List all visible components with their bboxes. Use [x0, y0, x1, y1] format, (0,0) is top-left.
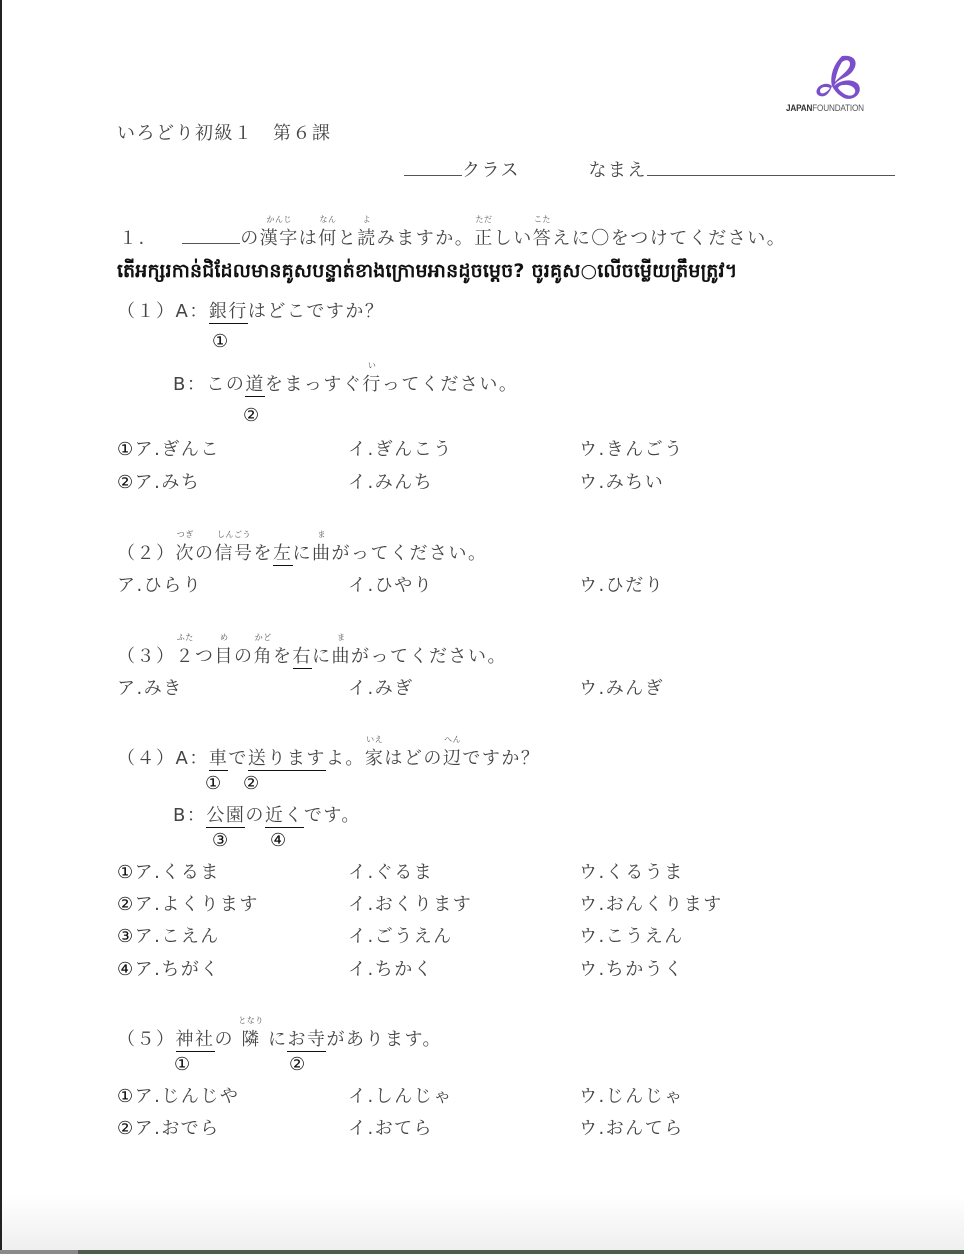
option-a[interactable]: ア.みち [135, 472, 201, 493]
option-a[interactable]: ア.じんじや [135, 1086, 240, 1107]
option-a[interactable]: ア.こえん [135, 926, 220, 947]
option-u[interactable]: ウ.ひだり [579, 571, 664, 597]
khmer-instruction: តើអក្សរកាន់ជិដែលមានគូសបន្ទាត់ខាងក្រោមអាន… [117, 259, 738, 287]
ruby-kota: 答こた [533, 224, 553, 250]
ruby-kanji: 漢字かんじ [260, 224, 299, 250]
logo-wordmark: JAPANFOUNDATION [786, 103, 864, 114]
class-blank[interactable] [404, 161, 462, 176]
item-label: （２） [117, 543, 176, 564]
underlined-word: 送ります [248, 748, 326, 771]
option-a[interactable]: ア.くるま [135, 862, 220, 883]
ruby-tonari: 隣となり [241, 1025, 261, 1051]
item-1-line-b: B：この道をまっすぐ行いってください。 [173, 370, 518, 396]
underlined-word: 公園 [206, 805, 245, 828]
underlined-word: 銀行 [209, 301, 248, 324]
option-a[interactable]: ア.ひらり [117, 571, 202, 597]
option-i[interactable]: イ.ちかく [348, 955, 433, 981]
option-i[interactable]: イ.おくります [348, 890, 472, 916]
option-u[interactable]: ウ.おんくります [579, 890, 723, 916]
option-i[interactable]: イ.ぐるま [348, 858, 433, 884]
option-a[interactable]: ア.ぎんこ [135, 439, 220, 460]
ruby-tada: 正ただ [474, 224, 494, 250]
option-row: ②ア.よくります [117, 890, 259, 916]
underlined-word: 神社 [176, 1029, 215, 1052]
worksheet-page [0, 0, 964, 1250]
ruby-futa: ２ふた [176, 642, 196, 668]
text: この [206, 374, 245, 395]
text: みますか。 [377, 228, 475, 249]
marker-1: ① [205, 773, 221, 794]
option-i[interactable]: イ.ごうえん [348, 922, 453, 948]
option-u[interactable]: ウ.ちかうく [579, 955, 684, 981]
text: ってください。 [382, 374, 519, 395]
marker-2: ② [289, 1054, 305, 1075]
option-a[interactable]: ア.おでら [135, 1118, 220, 1139]
text: えに〇をつけてください。 [552, 228, 786, 249]
question-1-instruction: １. の漢字かんじは何なんと読よみますか。正ただしい答こたえに〇をつけてください… [119, 224, 786, 250]
item-label: （３） [117, 646, 176, 667]
japan-foundation-logo: JAPANFOUNDATION [786, 52, 870, 118]
option-row: ④ア.ちがく [117, 955, 220, 981]
ruby-ma: 曲ま [312, 539, 332, 565]
item-1-line-a: （１）A：銀行はどこですか？ [117, 297, 384, 323]
option-row: ②ア.おでら [117, 1114, 220, 1140]
butterfly-logo-icon [786, 52, 870, 104]
item-3-sentence: （３）２ふたつ目めの角かどを右に曲まがってください。 [117, 642, 507, 668]
option-u[interactable]: ウ.おんてら [579, 1114, 684, 1140]
underlined-word: 近く [265, 805, 304, 828]
bottom-edge [0, 1250, 78, 1254]
speaker-a: A： [176, 301, 209, 322]
option-row: ①ア.くるま [117, 858, 220, 884]
underlined-word: お寺 [287, 1029, 326, 1052]
underlined-word: 道 [245, 374, 265, 397]
item-4-line-b: B：公園の近くです。 [173, 801, 361, 827]
class-label: クラス [462, 160, 520, 181]
option-u[interactable]: ウ.みちい [579, 468, 664, 494]
text: は [299, 228, 319, 249]
ruby-hen: 辺へん [443, 744, 463, 770]
option-i[interactable]: イ.みぎ [348, 674, 414, 700]
ruby-nan: 何なん [318, 224, 338, 250]
item-label: （５） [117, 1029, 176, 1050]
option-i[interactable]: イ.ぎんこう [348, 435, 453, 461]
option-row: ③ア.こえん [117, 922, 220, 948]
marker-3: ③ [212, 830, 228, 851]
name-label: なまえ [588, 160, 647, 181]
text: の [240, 228, 260, 249]
desktop-background-edge [78, 1250, 964, 1254]
ruby-kado: 角かど [254, 642, 274, 668]
marker-2: ② [243, 773, 259, 794]
option-a[interactable]: ア.みき [117, 674, 183, 700]
option-row: ①ア.じんじや [117, 1082, 239, 1108]
item-5-sentence: （５）神社の 隣となり にお寺があります。 [117, 1025, 442, 1051]
item-label: （４） [117, 748, 176, 769]
option-u[interactable]: ウ.じんじゃ [579, 1082, 684, 1108]
marker-4: ④ [270, 830, 286, 851]
item-2-sentence: （２）次つぎの信号しんごうを左に曲まがってください。 [117, 539, 488, 565]
marker-1: ① [174, 1054, 190, 1075]
course-title: いろどり初級１ 第６課 [117, 119, 332, 145]
option-i[interactable]: イ.ひやり [348, 571, 433, 597]
text: しい [494, 228, 533, 249]
underlined-word: 左 [273, 543, 293, 566]
option-u[interactable]: ウ.くるうま [579, 858, 684, 884]
underlined-word: 車 [209, 748, 229, 771]
ruby-ma: 曲ま [332, 642, 352, 668]
ruby-yo: 読よ [357, 224, 377, 250]
option-row: ②ア.みち [117, 468, 200, 494]
ruby-i: 行い [362, 370, 382, 396]
ruby-me: 目め [215, 642, 235, 668]
text: をまっすぐ [265, 374, 363, 395]
class-name-line: クラス なまえ [404, 156, 895, 182]
marker-1: ① [212, 331, 228, 352]
option-u[interactable]: ウ.みんぎ [579, 674, 664, 700]
speaker-b: B： [173, 374, 206, 395]
speaker-b: B： [173, 805, 206, 826]
ruby-tsugi: 次つぎ [176, 539, 196, 565]
item-label: （１） [117, 301, 176, 322]
marker-2: ② [243, 405, 259, 426]
option-i[interactable]: イ.みんち [348, 468, 433, 494]
option-a[interactable]: ア.ちがく [135, 959, 220, 980]
ruby-shingou: 信号しんごう [215, 539, 254, 565]
option-u[interactable]: ウ.こうえん [579, 922, 684, 948]
name-blank[interactable] [647, 161, 895, 176]
underlined-word: 右 [293, 646, 313, 669]
option-a[interactable]: ア.よくります [135, 894, 259, 915]
option-u[interactable]: ウ.きんごう [579, 435, 684, 461]
example-blank [182, 229, 240, 244]
option-i[interactable]: イ.しんじゃ [348, 1082, 453, 1108]
option-i[interactable]: イ.おてら [348, 1114, 433, 1140]
text: はどこですか？ [248, 301, 385, 322]
speaker-a: A： [176, 748, 209, 769]
text: と [338, 228, 358, 249]
option-row: ①ア.ぎんこ [117, 435, 220, 461]
question-number: １. [119, 228, 146, 249]
item-4-line-a: （４）A：車で送りますよ。家いえはどの辺へんですか？ [117, 744, 540, 770]
ruby-ie: 家いえ [365, 744, 385, 770]
